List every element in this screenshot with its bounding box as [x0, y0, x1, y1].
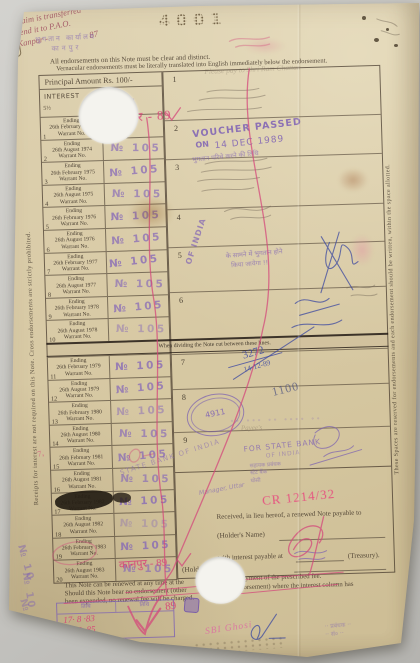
no-105-stamp: № 105 [116, 323, 167, 335]
perforated-number: 4001 [159, 9, 228, 30]
warrant-label-cell: Ending 26th February 1978 Warrant No. 9 [46, 297, 109, 320]
no-105-stamp: № 105 [108, 253, 160, 271]
paper-speck [362, 16, 366, 20]
box-dates: 17· 8 ·83 26· 8· 85 [63, 613, 96, 637]
no-105-stamp: № 105 [114, 359, 165, 373]
name-blank-line [279, 537, 385, 541]
table-row: Ending 26th August 1976 Warrant No. 6 № … [44, 226, 167, 252]
warrant-no-label: Warrant No. [49, 392, 110, 400]
stamp-cell: № 105 [114, 512, 175, 535]
document-paper: Claim is transferred Send it to P.A.O. K… [0, 0, 420, 663]
warrant-no-label: Warrant No. [44, 243, 105, 251]
endorsement-cell: 1 [163, 66, 380, 120]
signature-blank-line [294, 569, 386, 573]
warrant-label-cell: Ending 26th August 1979 Warrant No. 12 [48, 379, 111, 402]
pink-ink-smudge [350, 234, 374, 266]
table-row: Ending 26th August 1981 Warrant No. 16 №… [51, 466, 174, 492]
stamp-cell: № 105 [107, 272, 168, 295]
no-105-stamp: № 105 [114, 278, 165, 290]
table-row: Ending 26th February 1977 Warrant No. 7 … [45, 249, 168, 275]
warrant-no-label: Warrant No. [54, 550, 115, 558]
warrant-no-label: Warrant No. [54, 573, 115, 581]
paper-speck [386, 28, 389, 31]
stamp-cell: № 105 [108, 295, 169, 318]
table-row: Ending 26th August 1982 Warrant No. 18 №… [52, 511, 175, 537]
stamp-cell: № 105 [110, 377, 171, 400]
warrant-label-cell: Ending 26th February 1975 Warrant No. 3 [42, 161, 105, 184]
paper-speck [394, 44, 398, 47]
stamp-hindi-top-1: भुगतान कार्यालय [35, 32, 96, 44]
warrant-label-cell: Ending 26th August 1977 Warrant No. 8 [45, 274, 108, 297]
warrant-label-cell: Ending 26th February 1977 Warrant No. 7 [45, 252, 108, 275]
box-header-left: तिथि [57, 602, 116, 614]
renewal-line2-right: endorsement) where the interest column h… [234, 580, 354, 591]
oval-stamp-number: 4911 [187, 403, 244, 423]
paper-crease [297, 0, 301, 663]
edge-date-1: 7·8·83 [11, 614, 34, 628]
treasury-label: (Treasury). [348, 551, 380, 560]
warrant-label-cell: Ending 26th February 1980 Warrant No. 13 [49, 401, 112, 424]
warrant-no-label: Warrant No. [43, 198, 104, 206]
no-105-stamp: № 105 [112, 298, 164, 315]
box-date-2: 26· 8· 85 [64, 624, 96, 637]
no-105-stamp: № 105 [115, 380, 167, 397]
scan-background: Claim is transferred Send it to P.A.O. K… [0, 0, 420, 663]
payees-pencil: Payee's [241, 423, 263, 432]
warrant-no-label: Warrant No. [53, 528, 114, 536]
table-row: Ending 26th February 1978 Warrant No. 9 … [46, 294, 169, 320]
warrant-no-label: Warrant No. [46, 288, 107, 296]
stamp-cell: № 105 [109, 318, 170, 341]
renewal-date-box-stamp: तिथि तिथि 17· 8 ·83 26· 8· 85 [56, 599, 175, 640]
bottom-fragment-2: ·· सं० ·· [325, 630, 352, 641]
no-105-stamp: № 105 [119, 517, 170, 530]
purple-badge-stamp [184, 597, 200, 613]
punch-hole-bottom [195, 556, 246, 604]
no-105-stamp: № 105 [119, 427, 170, 439]
no-105-stamp: № 105 [116, 404, 167, 418]
interest-label: INTEREST [44, 92, 80, 101]
loan-fragment: 5½ [43, 106, 51, 112]
warrant-no-label: Warrant No. [47, 333, 108, 341]
stamp-cell: № 105 [112, 422, 173, 445]
treasury-blank-line [296, 560, 344, 562]
pink-7-mark: 7, [36, 448, 44, 458]
no-105-stamp: № 105 [108, 163, 160, 180]
row-number: 20 [56, 576, 63, 583]
branch-block-stamp: सहायक प्रबंधक स्टेट बैंक घोसी [250, 461, 282, 485]
endorsement-cell: 6 [170, 286, 387, 340]
document-content: Claim is transferred Send it to P.A.O. K… [0, 0, 420, 663]
holder-name-label: (Holder's Name) [217, 530, 265, 539]
table-row: Ending 26th August 1977 Warrant No. 8 № … [45, 271, 168, 297]
perforation-dots [193, 636, 286, 655]
table-row: Ending 26th February 1980 Warrant No. 13… [49, 398, 172, 424]
no-105-stamp: № 105 [110, 231, 162, 248]
warrant-label-cell: Ending 26th February 1976 Warrant No. 5 [43, 206, 106, 229]
edge-date-2: 8·8·85 [13, 624, 36, 638]
kanpur-89-bottom: कानपुर - 89 [118, 555, 167, 573]
receipt-line-1: Received, in lieu hereof, a renewed Note… [216, 509, 361, 521]
red-89: 89 [164, 600, 177, 613]
voucher-on-label: ON [195, 140, 209, 150]
warrant-label-cell: Ending 26th February 1979 Warrant No. 11 [48, 356, 111, 379]
stamp-cell: № 105 [106, 227, 167, 250]
warrant-label-cell: Ending 26th August 1980 Warrant No. 14 [50, 424, 113, 447]
stamp-hindi-top-2: कानपुर [51, 43, 81, 53]
table-row: Ending 26th February 1979 Warrant No. 11… [48, 353, 171, 379]
edge-dates: 7·8·83 8·8·85 [11, 614, 36, 638]
warrant-label-cell: Ending 26th February 1983 Warrant No. 19 [53, 537, 116, 560]
paper-shadow-wrap: Claim is transferred Send it to P.A.O. K… [0, 0, 420, 663]
warrant-label-cell: Ending 26th August 1974 Warrant No. 2 [41, 139, 104, 162]
paper-speck [374, 38, 379, 42]
warrant-label-cell: Ending 26th August 1981 Warrant No. 16 [51, 469, 114, 492]
table-row: Ending 26th August 1979 Warrant No. 12 №… [48, 376, 171, 402]
no-105-stamp: № 105 [120, 539, 171, 553]
warrant-label-cell: Ending 26th February 1981 Warrant No. 15 [50, 446, 113, 469]
paper-stain [338, 168, 368, 192]
table-row: Ending 26th August 1980 Warrant No. 14 №… [50, 421, 173, 447]
stamp-cell: № 105 [107, 250, 168, 273]
warrant-no-label: Warrant No. [42, 152, 103, 160]
table-row: Ending 26th February 1975 Warrant No. 3 … [42, 158, 165, 184]
left-margin-note: Receipts for interest are not required o… [21, 113, 40, 505]
warrant-no-label: Warrant No. [52, 483, 113, 491]
warrant-label-cell: Ending 26th August 1982 Warrant No. 18 [52, 514, 115, 537]
badge-14: 14 [2, 40, 21, 59]
sbi-ghosi-note: SBI Ghosi [204, 620, 253, 637]
pink-ink-smudge [244, 38, 286, 54]
warrant-label-cell: Ending 26th August 1976 Warrant No. 6 [44, 229, 107, 252]
warrant-label-cell: Ending 26th August 1978 Warrant No. 10 [47, 319, 110, 342]
paper-stain [128, 196, 174, 230]
warrant-no-label: Warrant No. [50, 437, 111, 445]
warrant-label-cell: Ending 26th August 1975 Warrant No. 4 [43, 184, 106, 207]
no-105-stamp: № 105 [110, 142, 161, 154]
warrant-label-cell: Ending 26th August 1983 Warrant No. 20 [54, 559, 117, 582]
ink-blot [113, 492, 131, 503]
stamp-cell: № 105 [111, 399, 172, 422]
stamp-cell: № 105 [104, 159, 165, 182]
stamp-cell: № 105 [110, 354, 171, 377]
bottom-stamp-fragments: ·· प्रबंधक ·· ·· सं० ·· [324, 621, 352, 640]
